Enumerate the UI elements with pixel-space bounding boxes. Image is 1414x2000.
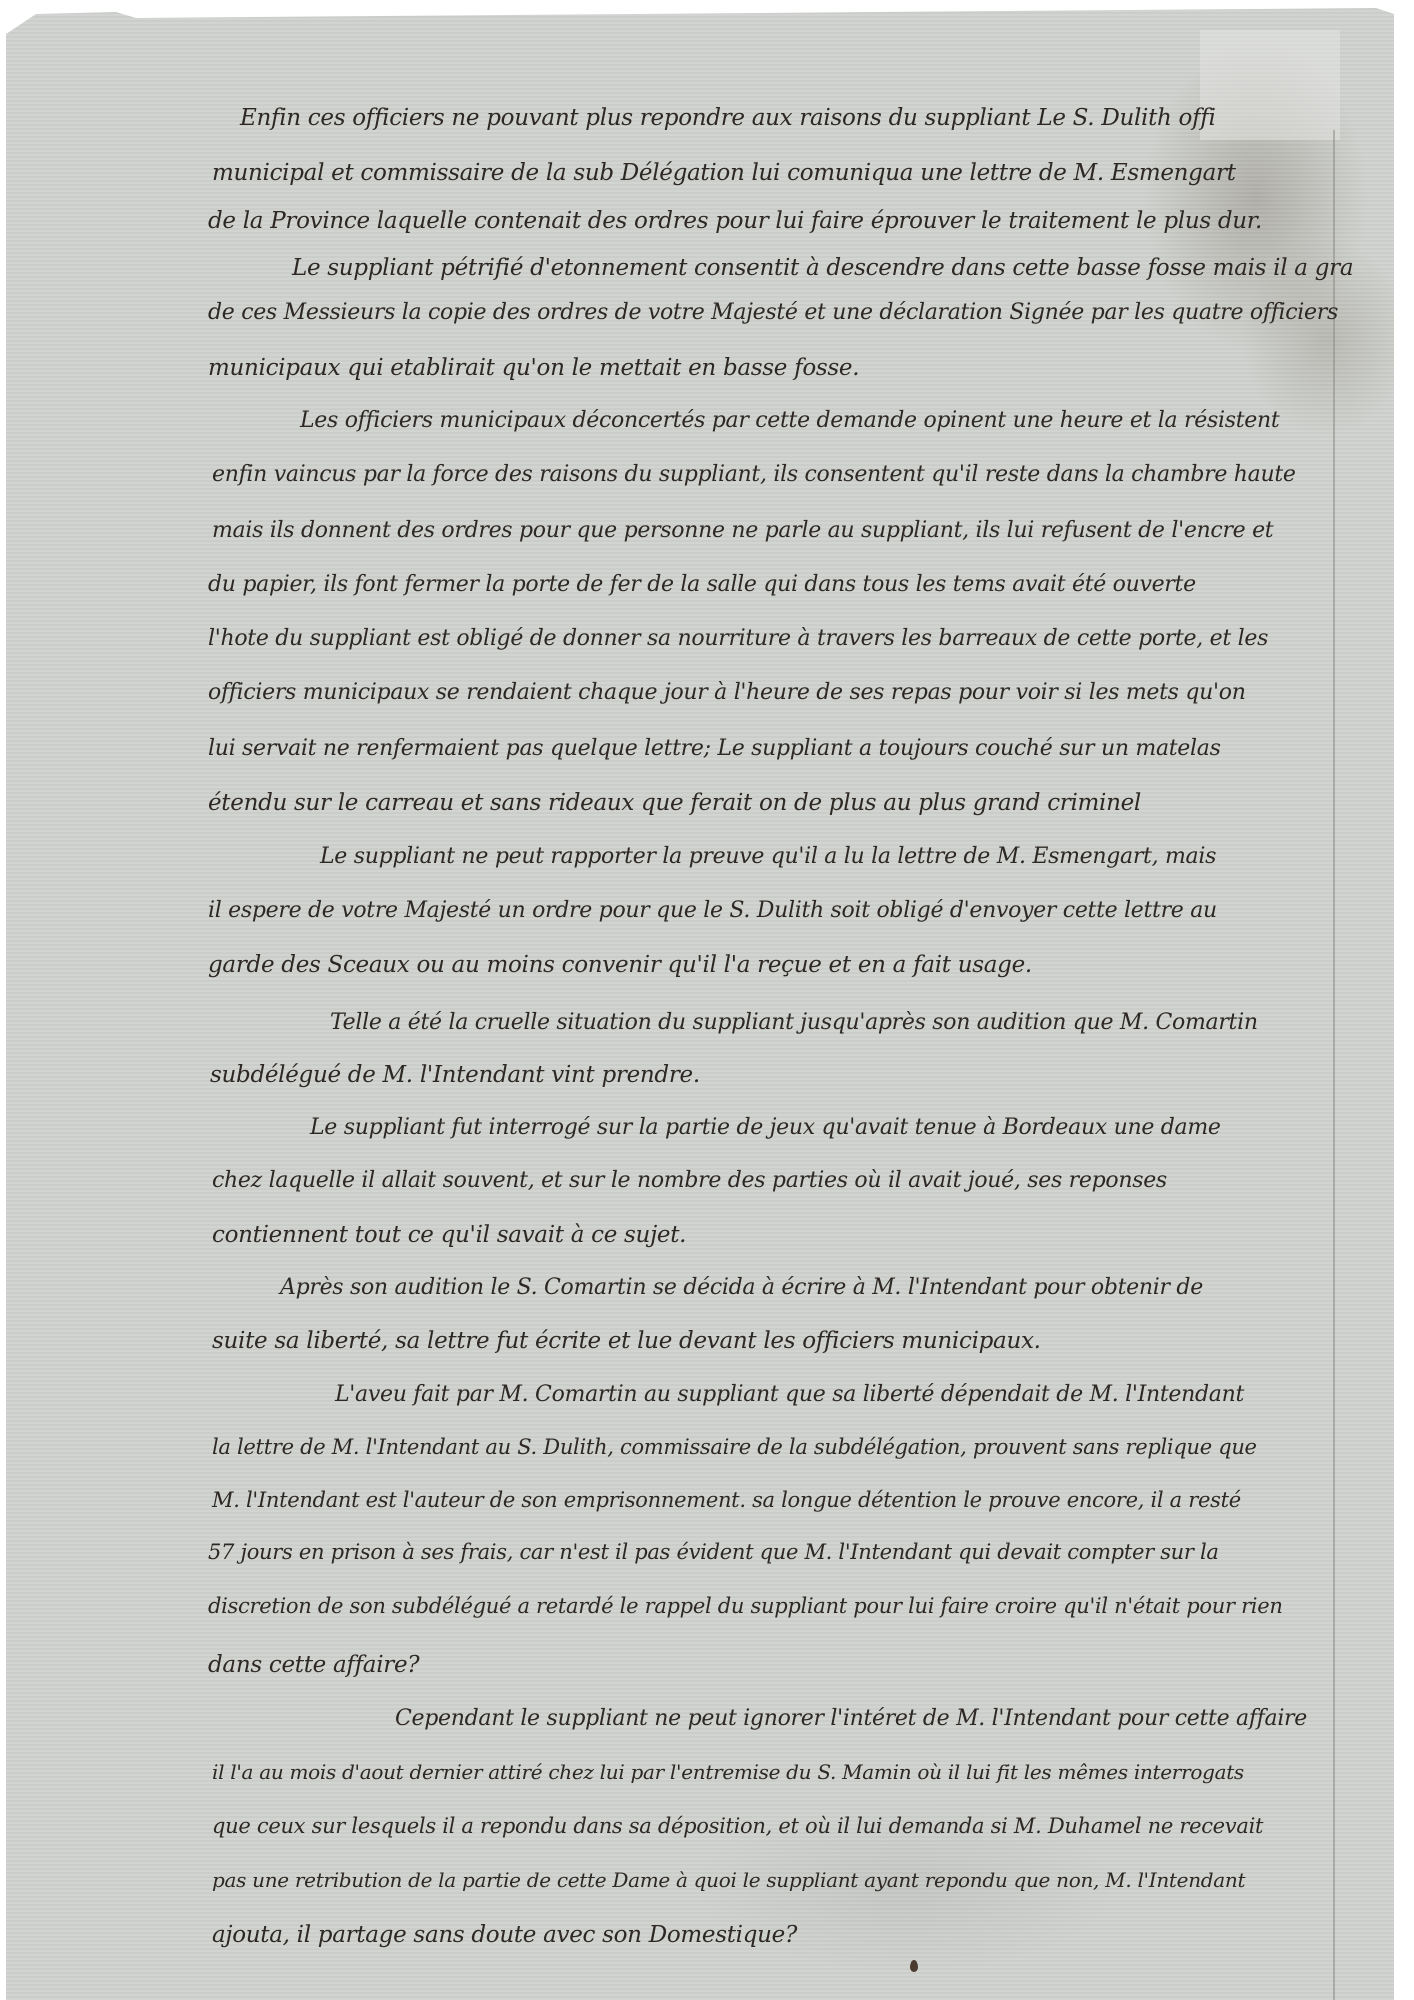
text-line: municipal et commissaire de la sub Délég… bbox=[212, 160, 1236, 186]
text-line: Cependant le suppliant ne peut ignorer l… bbox=[395, 1706, 1307, 1731]
text-line: Les officiers municipaux déconcertés par… bbox=[300, 408, 1279, 433]
text-line: officiers municipaux se rendaient chaque… bbox=[208, 680, 1246, 705]
text-line: subdélégué de M. l'Intendant vint prendr… bbox=[210, 1062, 700, 1088]
text-line: Le suppliant pétrifié d'etonnement conse… bbox=[292, 255, 1353, 281]
text-line: étendu sur le carreau et sans rideaux qu… bbox=[208, 790, 1141, 816]
text-line: M. l'Intendant est l'auteur de son empri… bbox=[212, 1488, 1241, 1512]
text-line: garde des Sceaux ou au moins convenir qu… bbox=[208, 952, 1032, 978]
text-line: Le suppliant ne peut rapporter la preuve… bbox=[320, 844, 1216, 869]
paper-stain bbox=[1200, 30, 1340, 140]
text-line: du papier, ils font fermer la porte de f… bbox=[208, 572, 1196, 597]
text-line: il espere de votre Majesté un ordre pour… bbox=[208, 898, 1217, 923]
text-line: suite sa liberté, sa lettre fut écrite e… bbox=[212, 1328, 1041, 1354]
paper-fold-line bbox=[1333, 130, 1335, 2000]
text-line: pas une retribution de la partie de cett… bbox=[212, 1868, 1245, 1892]
text-line: L'aveu fait par M. Comartin au suppliant… bbox=[335, 1382, 1244, 1407]
ink-blot bbox=[910, 1960, 918, 1972]
text-line: dans cette affaire? bbox=[208, 1652, 419, 1678]
text-line: Le suppliant fut interrogé sur la partie… bbox=[310, 1115, 1221, 1140]
text-line: mais ils donnent des ordres pour que per… bbox=[212, 518, 1273, 543]
text-line: municipaux qui etablirait qu'on le metta… bbox=[208, 355, 859, 381]
text-line: Après son audition le S. Comartin se déc… bbox=[280, 1275, 1203, 1300]
text-line: contiennent tout ce qu'il savait à ce su… bbox=[212, 1222, 686, 1248]
text-line: Enfin ces officiers ne pouvant plus repo… bbox=[240, 105, 1216, 131]
text-line: la lettre de M. l'Intendant au S. Dulith… bbox=[212, 1435, 1257, 1459]
text-line: l'hote du suppliant est obligé de donner… bbox=[208, 626, 1268, 651]
text-line: lui servait ne renfermaient pas quelque … bbox=[208, 736, 1221, 761]
text-line: de la Province laquelle contenait des or… bbox=[208, 208, 1262, 234]
text-line: enfin vaincus par la force des raisons d… bbox=[212, 462, 1296, 487]
text-line: il l'a au mois d'aout dernier attiré che… bbox=[212, 1760, 1244, 1784]
text-line: chez laquelle il allait souvent, et sur … bbox=[212, 1168, 1167, 1193]
text-line: 57 jours en prison à ses frais, car n'es… bbox=[208, 1540, 1219, 1564]
text-line: Telle a été la cruelle situation du supp… bbox=[330, 1010, 1258, 1035]
text-line: ajouta, il partage sans doute avec son D… bbox=[212, 1922, 797, 1948]
text-line: de ces Messieurs la copie des ordres de … bbox=[208, 300, 1338, 325]
text-line: que ceux sur lesquels il a repondu dans … bbox=[212, 1814, 1263, 1838]
text-line: discretion de son subdélégué a retardé l… bbox=[208, 1594, 1283, 1618]
